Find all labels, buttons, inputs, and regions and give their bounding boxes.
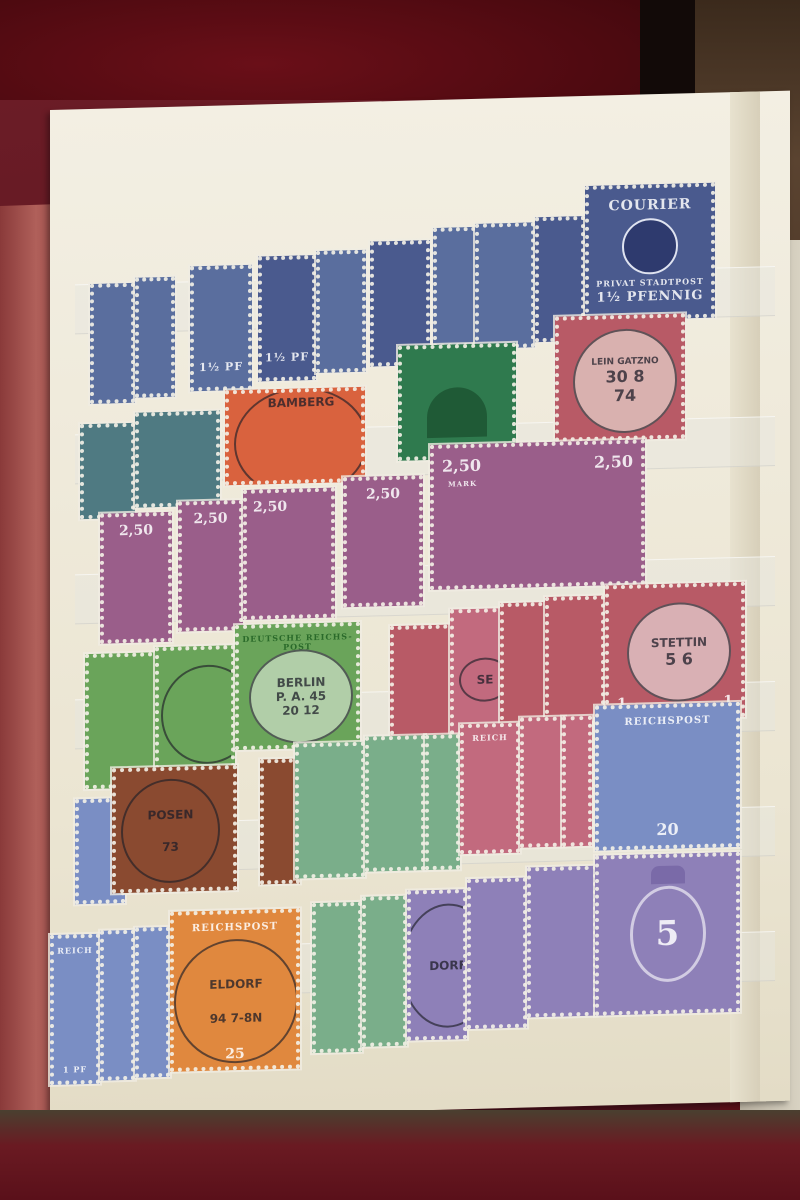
stamp-courier: 1½ PF xyxy=(258,255,316,382)
stamp-teal-pictorial xyxy=(135,411,220,508)
stamp-violet: DORF xyxy=(407,889,467,1041)
postmark xyxy=(161,664,235,765)
stamp-value: 20 xyxy=(656,820,678,840)
stamp-reichspost-blue xyxy=(135,927,170,1078)
stamp-reichspost-25: REICHSPOST ELDORF 94 7-8N 25 xyxy=(170,908,300,1071)
postmark-date: 20 12 xyxy=(282,703,320,718)
courier-portrait-icon xyxy=(622,217,678,274)
stamp-teal-pictorial xyxy=(80,423,135,519)
postmark: POSEN 73 xyxy=(121,778,220,885)
stamp-title: REICHSPOST xyxy=(624,715,710,728)
postmark-year: 74 xyxy=(614,386,636,406)
stamp-courier xyxy=(135,277,175,398)
stamp-green-eagle xyxy=(295,742,365,879)
building-icon xyxy=(427,386,487,438)
stamp-value: 2,50 xyxy=(366,486,400,503)
stamp-title: REICHSPOST xyxy=(192,921,278,934)
stamp-1-groschen-1874: LEIN GATZNO 30 8 74 xyxy=(555,313,685,441)
postmark-date: 5 6 xyxy=(665,649,693,669)
stamp-value: 25 xyxy=(225,1046,244,1063)
stamp-subtitle: PRIVAT STADTPOST xyxy=(596,277,704,289)
postmark-city: STETTIN xyxy=(651,635,707,650)
stamp-courier xyxy=(475,222,535,349)
postmark: DORF xyxy=(407,902,467,1028)
stamp-title: REICH xyxy=(57,946,92,956)
album-page: 1½ PF 1½ PF COURIER PRIVAT STADTPOST 1½ … xyxy=(50,91,790,1120)
stamp-courier xyxy=(316,250,366,373)
stamp-reichspost-blue xyxy=(100,930,135,1081)
stamp-courier xyxy=(90,283,135,404)
postmark-city: BERLIN xyxy=(277,675,326,690)
stamp-1-groschen xyxy=(545,595,605,722)
crown-icon xyxy=(651,865,685,884)
stamp-reichspost-red xyxy=(562,716,592,847)
postmark: BERLIN P. A. 45 20 12 xyxy=(249,648,353,745)
stamp-green-berlin: DEUTSCHE REICHS-POST BERLIN P. A. 45 20 … xyxy=(235,622,360,750)
stamp-value: 2,50 xyxy=(253,499,287,516)
postmark-year: 73 xyxy=(162,840,179,854)
stamp-bamberg: BAMBERG xyxy=(225,387,365,486)
postmark: SE xyxy=(459,657,505,702)
stamp-green xyxy=(362,896,407,1047)
album-bottom-edge xyxy=(0,1110,800,1200)
stamp-value: 2,50 xyxy=(119,522,153,539)
stamp-violet xyxy=(467,878,527,1030)
stamp-green-eagle xyxy=(425,734,460,870)
stamp-mark-label: MARK xyxy=(448,480,477,488)
postmark-city: ELDORF xyxy=(209,976,262,991)
postmark-date: 94 7-8N xyxy=(210,1010,263,1025)
stamp-violet xyxy=(527,866,597,1018)
stamp-posen: POSEN 73 xyxy=(112,765,237,893)
stamp-reichspost-red xyxy=(520,717,565,848)
stamp-value-right: 2,50 xyxy=(594,452,633,472)
stamp-2-50-mark: 2,50 xyxy=(243,488,335,620)
stamp-reichspost-20: REICHSPOST 20 xyxy=(595,702,740,851)
postmark: BAMBERG xyxy=(234,387,365,486)
stamp-reichspost-red: REICH xyxy=(460,723,520,855)
stamp-green-eagle xyxy=(365,735,425,872)
value-oval: 5 xyxy=(630,885,706,983)
postmark: LEIN GATZNO 30 8 74 xyxy=(573,328,677,435)
stamp-green xyxy=(155,645,235,777)
stamp-reichspost-blue: REICH 1 PF xyxy=(50,934,100,1085)
stamp-5-pfennige: 5 xyxy=(595,852,740,1016)
stamp-2-50-mark: 2,50 xyxy=(178,500,243,632)
stamp-value: 1½ PFENNIG xyxy=(597,289,704,306)
postmark-city: POSEN xyxy=(148,807,194,822)
stamp-text: 1½ PF xyxy=(265,352,309,365)
stamp-brown xyxy=(260,758,300,884)
postmark-date: 30 8 xyxy=(606,366,645,386)
stamp-2-50-mark: 2,50 xyxy=(100,512,172,644)
stamp-stettin-1-groschen: STETTIN 5 6 1 1 xyxy=(605,582,745,721)
stamp-green xyxy=(312,902,362,1053)
stamp-text: 1½ PF xyxy=(199,361,243,374)
stamp-value: 2,50 xyxy=(193,510,227,527)
stamp-2-50-mark: 2,50 xyxy=(343,475,423,607)
postmark-office: P. A. 45 xyxy=(276,689,326,704)
stamp-1-groschen xyxy=(500,602,550,728)
stamp-value: 5 xyxy=(656,914,680,955)
stamp-1-groschen xyxy=(390,624,455,751)
stamp-title: REICH xyxy=(472,733,507,743)
stamp-2-50-mark-large: 2,50 2,50 MARK xyxy=(430,439,645,590)
postmark: STETTIN 5 6 xyxy=(627,601,731,703)
stamp-title: COURIER xyxy=(608,197,691,215)
stamp-1-groschen: SE xyxy=(450,608,505,734)
stamp-value: 1 PF xyxy=(63,1065,87,1074)
stamp-courier-1-5-pfennig: COURIER PRIVAT STADTPOST 1½ PFENNIG xyxy=(585,183,715,321)
stamp-courier: 1½ PF xyxy=(190,265,252,392)
stamp-value-left: 2,50 xyxy=(442,456,481,476)
